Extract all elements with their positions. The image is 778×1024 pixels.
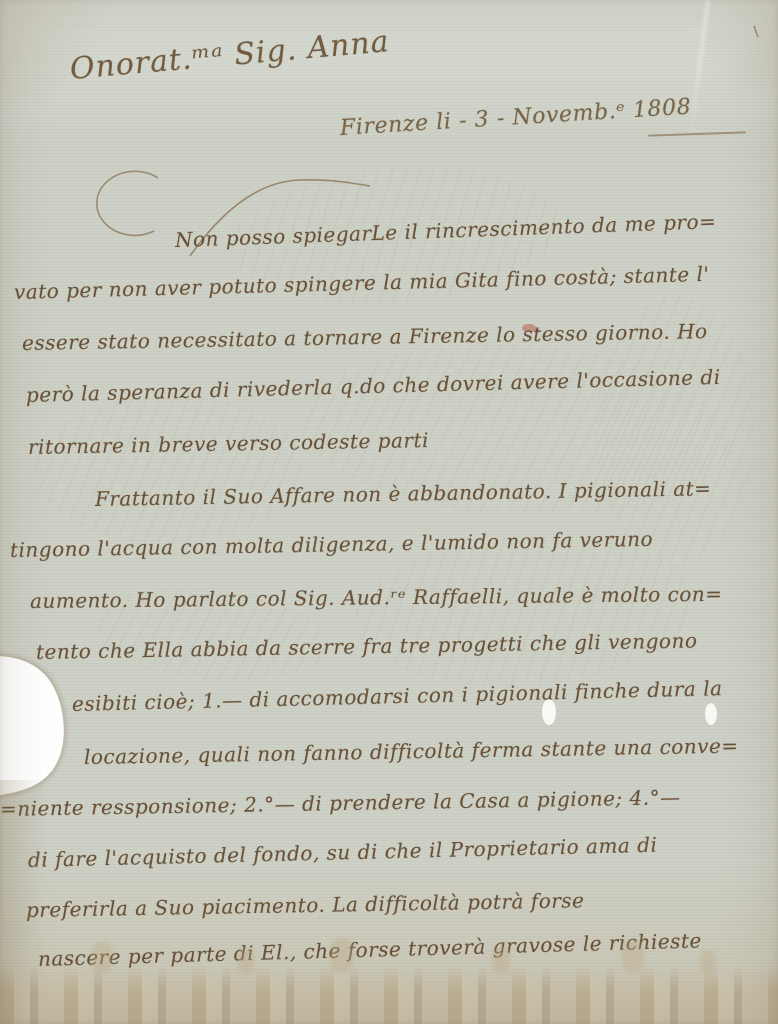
handwriting-line: preferirla a Suo piacimento. La difficol… xyxy=(26,888,585,922)
handwriting-line: esibiti cioè; 1.— di accomodarsi con i p… xyxy=(72,676,723,716)
handwriting-line: ritornare in breve verso codeste parti xyxy=(28,428,429,459)
fold-crease xyxy=(688,0,710,146)
handwriting-line: locazione, quali non fanno difficoltà fe… xyxy=(84,734,739,769)
salutation: Onorat.ᵐᵃ Sig. Anna xyxy=(68,24,390,87)
handwriting-line: tento che Ella abbia da scerre fra tre p… xyxy=(36,628,698,664)
dateline: Firenze li - 3 - Novemb.ᵉ 1808 xyxy=(339,95,692,141)
handwriting-line: tingono l'acqua con molta diligenza, e l… xyxy=(10,527,654,562)
stain-streak xyxy=(700,950,716,974)
dateline-tail-stroke xyxy=(648,131,746,136)
bleedthrough-marks xyxy=(35,395,305,545)
paper-tone-overlay xyxy=(0,0,778,1024)
white-speck xyxy=(705,703,717,725)
handwriting-line: essere stato necessitato a tornare a Fir… xyxy=(22,319,708,355)
handwriting-line: =niente ressponsione; 2.°— di prendere l… xyxy=(0,785,681,821)
handwriting-line: vato per non aver potuto spingere la mia… xyxy=(14,262,710,304)
circle-flourish xyxy=(97,171,158,235)
ink-tick xyxy=(754,26,758,37)
handwriting-line: Non posso spiegarLe il rincrescimento da… xyxy=(175,209,717,252)
edge-vignette xyxy=(0,0,778,1024)
letter-page: Onorat.ᵐᵃ Sig. Anna Firenze li - 3 - Nov… xyxy=(0,0,778,1024)
handwriting-line: nascere per parte di El., che forse trov… xyxy=(38,928,702,971)
water-stain-band xyxy=(0,966,778,1024)
laid-paper-texture xyxy=(0,0,778,1024)
paper-hole xyxy=(0,656,64,796)
handwriting-line: di fare l'acquisto del fondo, su di che … xyxy=(28,833,658,872)
ink-flourishes-layer xyxy=(0,0,778,1024)
handwriting-line: Frattanto il Suo Affare non è abbandonat… xyxy=(95,476,712,511)
hole-shadow xyxy=(0,656,64,796)
handwriting-line: aumento. Ho parlato col Sig. Aud.ʳᵉ Raff… xyxy=(30,582,723,613)
handwriting-line: però la speranza di rivederla q.do che d… xyxy=(26,365,721,407)
